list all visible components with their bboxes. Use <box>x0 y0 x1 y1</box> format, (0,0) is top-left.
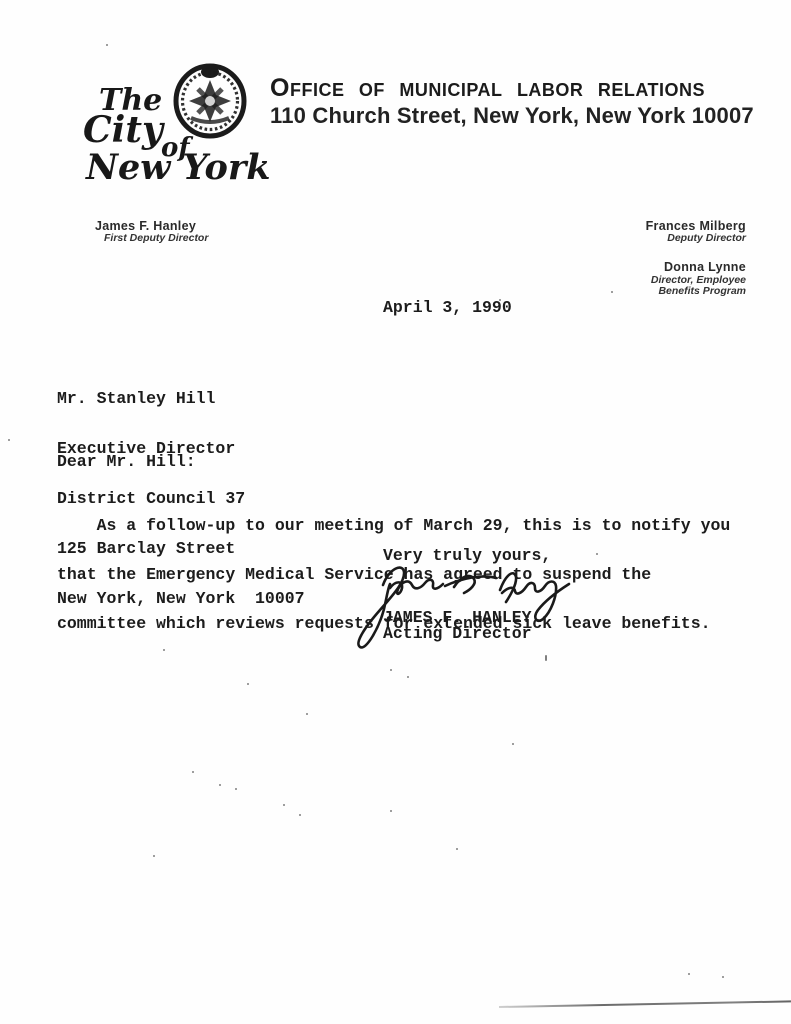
logo-word-city: City <box>83 112 163 148</box>
officials-right-column: Frances Milberg Deputy Director Donna Ly… <box>646 219 746 313</box>
scan-speck <box>235 788 237 790</box>
scan-artifact-line <box>499 1000 791 1008</box>
recipient-line: Mr. Stanley Hill <box>57 391 305 408</box>
scan-speck <box>8 439 10 441</box>
office-address: 110 Church Street, New York, New York 10… <box>270 103 754 129</box>
scan-speck <box>407 676 409 678</box>
office-title: Office of Municipal Labor Relations <box>270 74 705 103</box>
official-title: Deputy Director <box>646 233 746 245</box>
scan-speck <box>611 291 613 293</box>
scan-speck <box>247 683 249 685</box>
official-name: James F. Hanley <box>95 219 208 233</box>
scanned-letter-page: The City of New York Office of Municipal… <box>0 0 791 1024</box>
logo-word-new-york: New York <box>86 150 271 185</box>
scan-speck <box>688 973 690 975</box>
scan-speck <box>545 655 547 661</box>
official-name: Frances Milberg <box>646 219 746 233</box>
scan-speck <box>390 810 392 812</box>
scan-speck <box>722 976 724 978</box>
scan-speck <box>499 299 501 301</box>
letter-date: April 3, 1990 <box>383 300 512 317</box>
scan-speck <box>106 44 108 46</box>
scan-speck <box>283 804 285 806</box>
official-donna-lynne: Donna Lynne Director, Employee Benefits … <box>646 260 746 298</box>
scan-speck <box>153 855 155 857</box>
signed-title-typed: Acting Director <box>383 626 532 643</box>
scan-speck <box>390 669 392 671</box>
official-title: First Deputy Director <box>104 233 208 245</box>
scan-speck <box>596 553 598 555</box>
scan-speck <box>512 743 514 745</box>
scan-speck <box>299 814 301 816</box>
official-frances-milberg: Frances Milberg Deputy Director <box>646 219 746 245</box>
scan-speck <box>306 713 308 715</box>
scan-speck <box>163 649 165 651</box>
official-name: Donna Lynne <box>646 260 746 274</box>
nyc-seal-icon <box>171 60 249 140</box>
scan-speck <box>192 771 194 773</box>
official-title: Benefits Program <box>646 286 746 298</box>
body-line: As a follow-up to our meeting of March 2… <box>57 518 730 534</box>
scan-speck <box>219 784 221 786</box>
official-james-hanley: James F. Hanley First Deputy Director <box>95 219 208 245</box>
scan-speck <box>456 848 458 850</box>
salutation: Dear Mr. Hill: <box>57 454 196 471</box>
city-of-new-york-logo: The City of New York <box>85 60 295 210</box>
